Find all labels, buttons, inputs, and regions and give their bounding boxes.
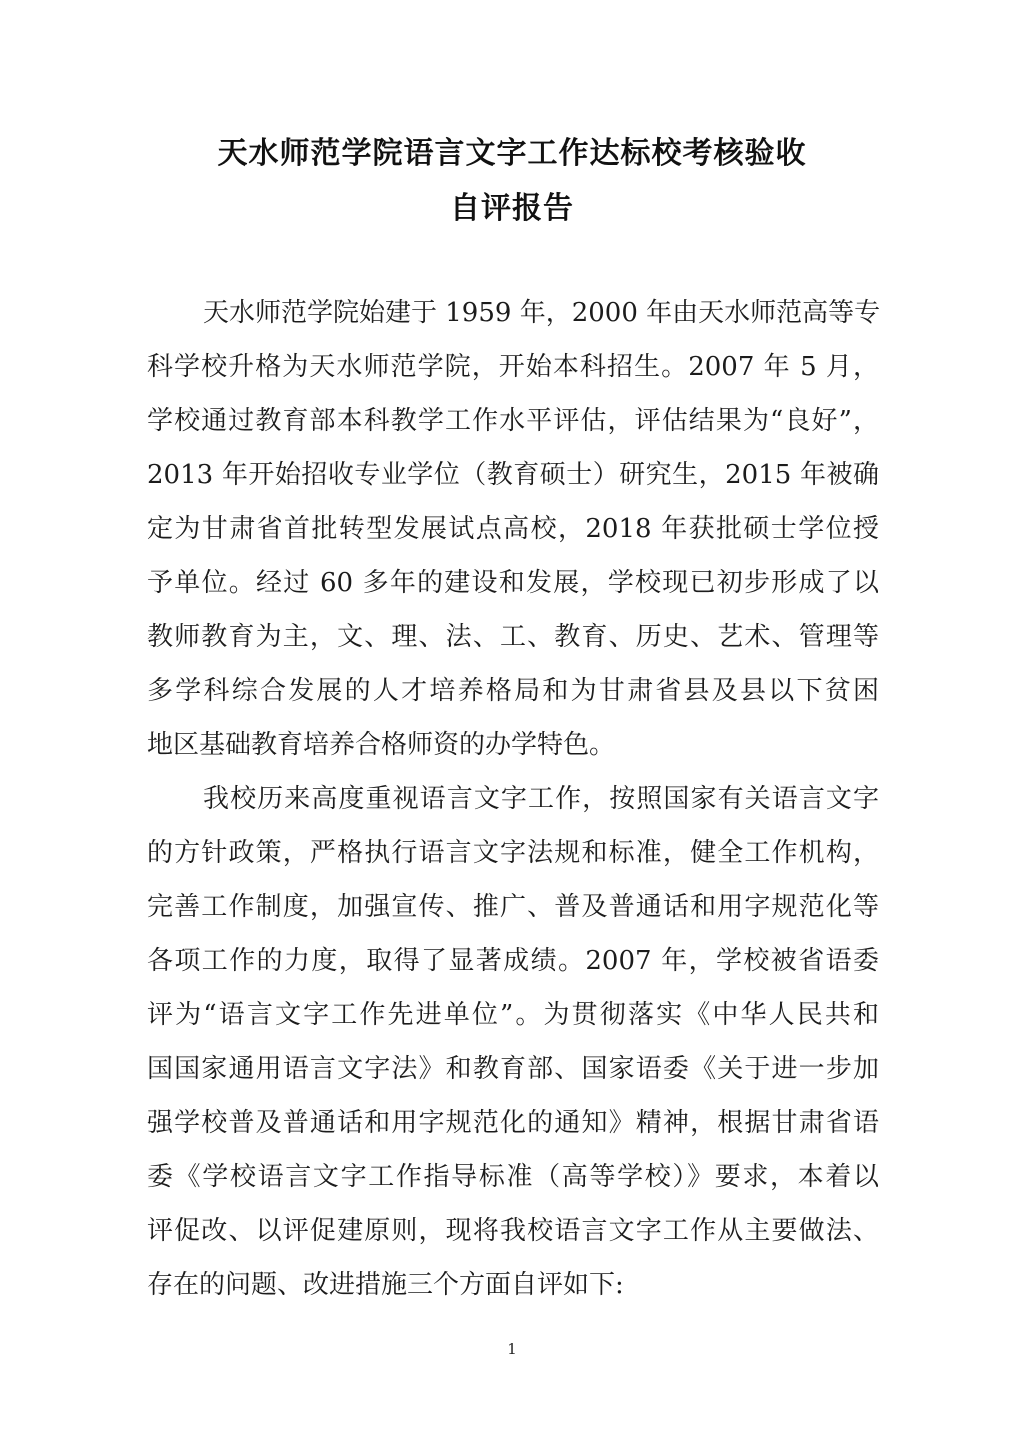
paragraph-2-line: 强学校普及普通话和用字规范化的通知》精神，根据甘肃省语 [147, 1103, 879, 1157]
document-subtitle: 自评报告 [0, 183, 1024, 227]
paragraph-1-line: 2013 年开始招收专业学位（教育硕士）研究生，2015 年被确 [147, 455, 879, 509]
paragraph-1-line: 科学校升格为天水师范学院，开始本科招生。2007 年 5 月， [147, 347, 879, 401]
paragraph-1-line: 学校通过教育部本科教学工作水平评估，评估结果为“良好”， [147, 401, 879, 455]
paragraph-1-line: 教师教育为主，文、理、法、工、教育、历史、艺术、管理等 [147, 617, 879, 671]
paragraph-1-line: 多学科综合发展的人才培养格局和为甘肃省县及县以下贫困 [147, 671, 879, 725]
paragraph-2-line: 我校历来高度重视语言文字工作，按照国家有关语言文字 [147, 779, 879, 833]
paragraph-2-line: 完善工作制度，加强宣传、推广、普及普通话和用字规范化等 [147, 887, 879, 941]
paragraph-2-line: 评为“语言文字工作先进单位”。为贯彻落实《中华人民共和 [147, 995, 879, 1049]
document-body: 天水师范学院始建于 1959 年，2000 年由天水师范高等专 科学校升格为天水… [147, 293, 879, 1319]
page-number: 1 [0, 1340, 1024, 1358]
paragraph-2-line: 评促改、以评促建原则，现将我校语言文字工作从主要做法、 [147, 1211, 879, 1265]
document-title: 天水师范学院语言文字工作达标校考核验收 [0, 128, 1024, 172]
paragraph-1-line: 天水师范学院始建于 1959 年，2000 年由天水师范高等专 [147, 293, 879, 347]
paragraph-2-line: 国国家通用语言文字法》和教育部、国家语委《关于进一步加 [147, 1049, 879, 1103]
paragraph-2-line: 各项工作的力度，取得了显著成绩。2007 年，学校被省语委 [147, 941, 879, 995]
paragraph-1-line: 予单位。经过 60 多年的建设和发展，学校现已初步形成了以 [147, 563, 879, 617]
paragraph-2-line: 的方针政策，严格执行语言文字法规和标准，健全工作机构， [147, 833, 879, 887]
paragraph-1-line: 定为甘肃省首批转型发展试点高校，2018 年获批硕士学位授 [147, 509, 879, 563]
paragraph-2-line: 存在的问题、改进措施三个方面自评如下: [147, 1265, 879, 1319]
paragraph-2-line: 委《学校语言文字工作指导标准（高等学校）》要求，本着以 [147, 1157, 879, 1211]
paragraph-1-line: 地区基础教育培养合格师资的办学特色。 [147, 725, 879, 779]
document-page: 天水师范学院语言文字工作达标校考核验收 自评报告 天水师范学院始建于 1959 … [0, 0, 1024, 1448]
